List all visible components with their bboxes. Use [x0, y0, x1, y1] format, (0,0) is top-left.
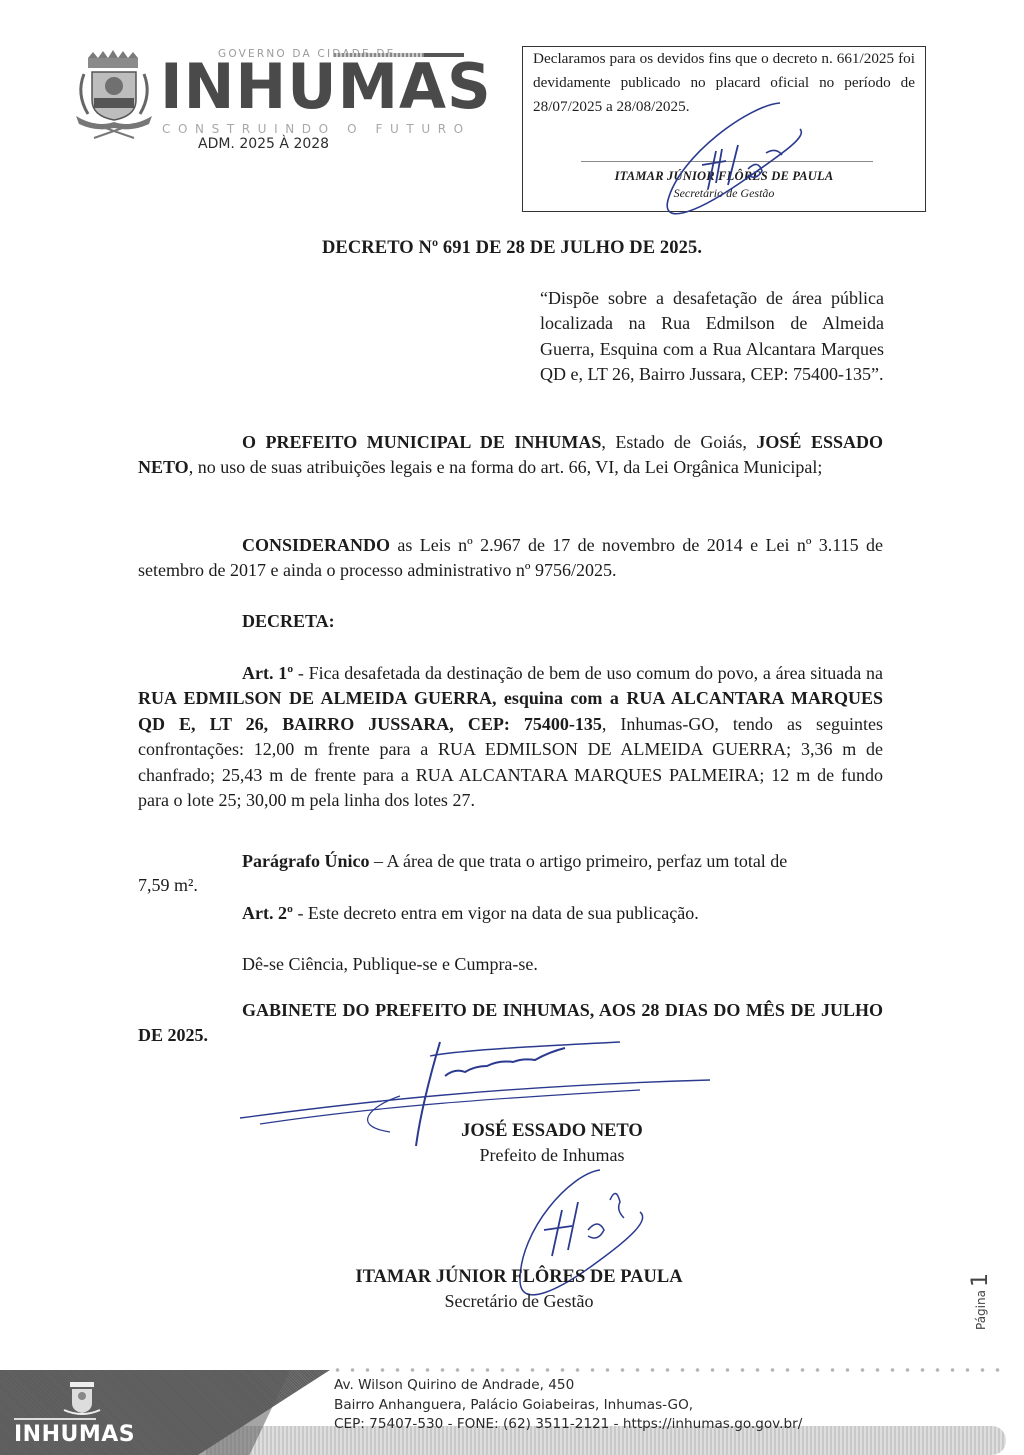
mayor-signature-block: JOSÉ ESSADO NETO Prefeito de Inhumas [80, 1119, 1024, 1167]
paragrafo-unico: Parágrafo Único – A área de que trata o … [138, 849, 883, 874]
preamble-lead: O PREFEITO MUNICIPAL DE INHUMAS [242, 432, 601, 452]
publication-signer-name: ITAMAR JÚNIOR FLÔRES DE PAULA [523, 169, 925, 184]
gabinete-statement: GABINETE DO PREFEITO DE INHUMAS, AOS 28 … [138, 998, 883, 1049]
signature-line [581, 161, 873, 162]
tagline: CONSTRUINDO O FUTURO [162, 122, 471, 136]
footer-coat-of-arms-icon [60, 1380, 104, 1420]
article-2: Art. 2º - Este decreto entra em vigor na… [242, 901, 987, 926]
area-total-value: 7,59 m². [138, 873, 883, 898]
decreta-heading: DECRETA: [242, 609, 987, 634]
footer: INHUMAS Av. Wilson Quirino de Andrade, 4… [0, 1366, 1024, 1455]
city-logo: GOVERNO DA CIDADE DE INHUMAS CONSTRUINDO… [56, 44, 476, 156]
address-contact-line[interactable]: CEP: 75407-530 - FONE: (62) 3511-2121 - … [334, 1415, 802, 1435]
considerando-label: CONSIDERANDO [242, 535, 390, 555]
address-line-1: Av. Wilson Quirino de Andrade, 450 [334, 1376, 802, 1396]
footer-address: Av. Wilson Quirino de Andrade, 450 Bairr… [334, 1376, 802, 1435]
article-1: Art. 1º - Fica desafetada da destinação … [138, 661, 883, 813]
mayor-signature-role: Prefeito de Inhumas [80, 1143, 1024, 1167]
decree-summary: “Dispõe sobre a desafetação de área públ… [540, 286, 884, 388]
article-1-label: Art. 1º [242, 663, 293, 683]
page-label: Página [974, 1290, 988, 1330]
municipal-coat-of-arms-icon [64, 46, 164, 146]
preamble-paragraph: O PREFEITO MUNICIPAL DE INHUMAS, Estado … [138, 430, 883, 481]
publication-certificate-box: Declaramos para os devidos fins que o de… [522, 46, 926, 212]
decree-title: DECRETO Nº 691 DE 28 DE JULHO DE 2025. [0, 238, 1024, 259]
decorative-dots [330, 1366, 1006, 1374]
article-2-label: Art. 2º [242, 903, 293, 923]
publication-signer-role: Secretário de Gestão [523, 186, 925, 201]
address-line-2: Bairro Anhanguera, Palácio Goiabeiras, I… [334, 1396, 802, 1416]
secretary-signature-role: Secretário de Gestão [14, 1289, 1024, 1313]
page-number-value: 1 [968, 1273, 993, 1287]
footer-logo-text: INHUMAS [14, 1422, 135, 1447]
city-name: INHUMAS [160, 56, 492, 118]
publication-statement: Declaramos para os devidos fins que o de… [533, 47, 915, 119]
closing-formula: Dê-se Ciência, Publique-se e Cumpra-se. [242, 952, 987, 977]
secretary-signature-name: ITAMAR JÚNIOR FLÔRES DE PAULA [14, 1265, 1024, 1289]
secretary-signature-block: ITAMAR JÚNIOR FLÔRES DE PAULA Secretário… [14, 1265, 1024, 1313]
administration-period: ADM. 2025 À 2028 [198, 136, 329, 152]
footer-gov-line [14, 1418, 96, 1420]
page-number: Página1 [968, 1273, 993, 1330]
paragrafo-unico-label: Parágrafo Único [242, 851, 369, 871]
considerando-paragraph: CONSIDERANDO as Leis nº 2.967 de 17 de n… [138, 533, 883, 584]
mayor-signature-name: JOSÉ ESSADO NETO [80, 1119, 1024, 1143]
